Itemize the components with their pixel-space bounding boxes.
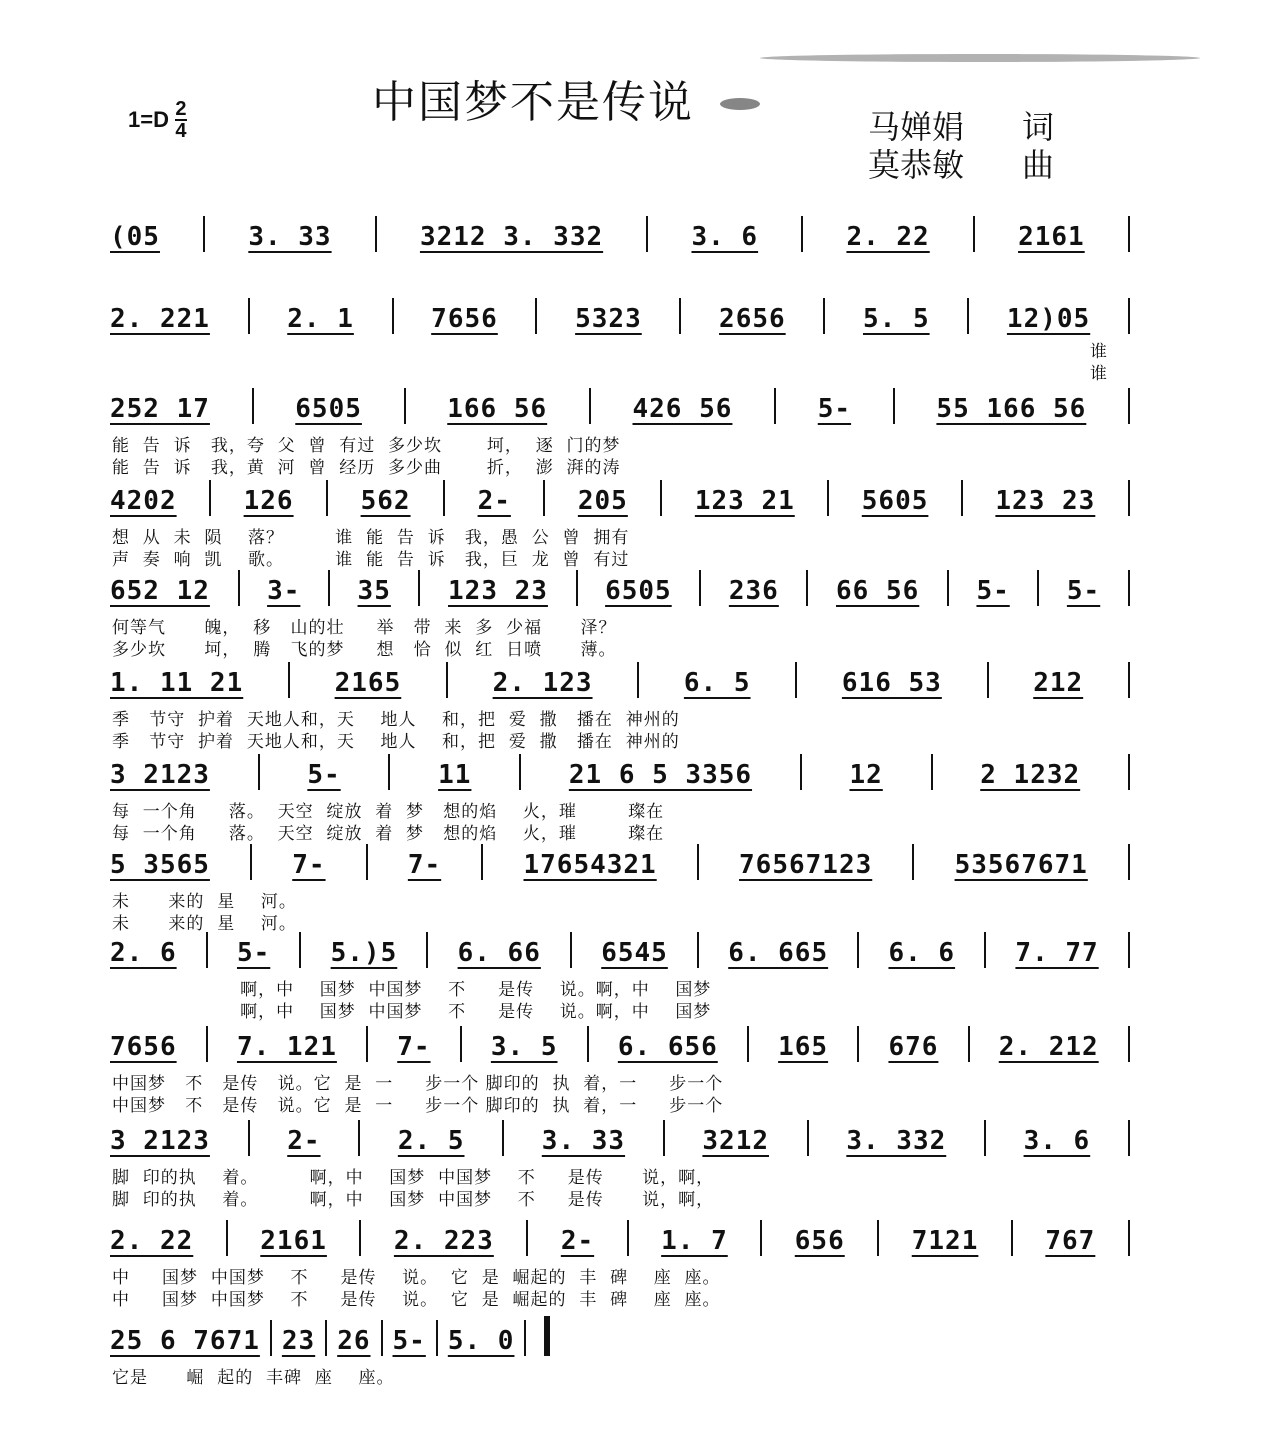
barline: [1128, 298, 1130, 334]
barline: [209, 480, 211, 516]
measure: 5-: [307, 760, 340, 790]
measure: 676: [888, 1032, 938, 1062]
measure: 26: [337, 1326, 370, 1356]
measure: 4202: [110, 486, 177, 516]
barline: [699, 570, 701, 606]
barline: [877, 1220, 879, 1256]
lyricist-credit: 马婵娟 词: [868, 108, 1054, 146]
barline: [806, 570, 808, 606]
measure: 25 6 7671: [110, 1326, 260, 1356]
measure: 123 21: [695, 486, 795, 516]
measure: 6. 66: [458, 938, 541, 968]
measure: 212: [1033, 668, 1083, 698]
barline: [570, 932, 572, 968]
barline: [299, 932, 301, 968]
lyric-line: 能 告 诉 我，夸 父 曾 有过 多少坎 坷， 逐 门的梦: [112, 436, 1122, 456]
measure: 2656: [719, 304, 786, 334]
barline: [446, 662, 448, 698]
measure: 2. 5: [398, 1126, 465, 1156]
barline: [627, 1220, 629, 1256]
key-signature: 1=D 2 4: [128, 100, 187, 140]
barline: [206, 1026, 208, 1062]
barline: [206, 932, 208, 968]
barline: [576, 570, 578, 606]
lyric-line: 脚 印的执 着。 啊，中 国梦 中国梦 不 是传 说，啊，: [112, 1168, 1122, 1188]
measure: 6. 656: [618, 1032, 718, 1062]
barline: [947, 570, 949, 606]
measure: 55 166 56: [936, 394, 1086, 424]
lyric-line: 谁: [1090, 364, 1120, 384]
barline: [418, 570, 420, 606]
notation-system: 3 21232-2. 53. 3332123. 3323. 6: [110, 1116, 1140, 1156]
measure: 5. 0: [448, 1326, 515, 1356]
barline: [1128, 216, 1130, 252]
barline: [270, 1320, 272, 1356]
barline: [375, 216, 377, 252]
lyric-line: 多少坎 坷， 腾 飞的梦 想 恰 似 红 日喷 薄。: [112, 640, 1122, 660]
measure: 165: [778, 1032, 828, 1062]
lyric-line: 未 来的 星 河。: [112, 892, 1122, 912]
measure: 5-: [976, 576, 1009, 606]
measure: 767: [1045, 1226, 1095, 1256]
scan-smudge: [720, 98, 760, 110]
measure: 12)05: [1007, 304, 1090, 334]
measure: 3. 6: [1024, 1126, 1091, 1156]
measure: 5. 5: [863, 304, 930, 334]
barline: [543, 480, 545, 516]
measure: 5-: [818, 394, 851, 424]
notation-system: 252 176505166 56426 565-55 166 56: [110, 384, 1140, 424]
measure: 2-: [287, 1126, 320, 1156]
measure: 2. 6: [110, 938, 177, 968]
measure: 35: [358, 576, 391, 606]
lyric-line: 季 节守 护着 天地人和，天 地人 和，把 爱 撒 播在 神州的: [112, 710, 1122, 730]
barline: [436, 1320, 438, 1356]
lyric-line: 脚 印的执 着。 啊，中 国梦 中国梦 不 是传 说，啊，: [112, 1190, 1122, 1210]
key-label: 1=D: [128, 107, 169, 133]
barline: [388, 754, 390, 790]
measure: 11: [438, 760, 471, 790]
notation-system: 3 21235-1121 6 5 3356122 1232: [110, 750, 1140, 790]
measure: 12: [849, 760, 882, 790]
measure: 123 23: [448, 576, 548, 606]
barline: [961, 480, 963, 516]
measure: 166 56: [447, 394, 547, 424]
measure: 2-: [561, 1226, 594, 1256]
measure: 6505: [295, 394, 362, 424]
barline: [226, 1220, 228, 1256]
barline: [1037, 570, 1039, 606]
measure: 2. 22: [846, 222, 929, 252]
barline: [359, 1220, 361, 1256]
measure: 6505: [605, 576, 672, 606]
barline: [460, 1026, 462, 1062]
measure: 5-: [237, 938, 270, 968]
barline: [973, 216, 975, 252]
barline: [392, 298, 394, 334]
barline: [248, 298, 250, 334]
barline: [931, 754, 933, 790]
measure: 2 1232: [980, 760, 1080, 790]
barline: [358, 1120, 360, 1156]
final-barline: [544, 1316, 550, 1356]
notation-system: 25 6 767123265-5. 0: [110, 1316, 1140, 1356]
barline: [984, 932, 986, 968]
credits: 马婵娟 词 莫恭敏 曲: [868, 108, 1054, 184]
barline: [660, 480, 662, 516]
barline: [967, 298, 969, 334]
notation-system: 5 35657-7-176543217656712353567671: [110, 840, 1140, 880]
measure: 562: [361, 486, 411, 516]
barline: [968, 1026, 970, 1062]
measure: 7. 121: [237, 1032, 337, 1062]
barline: [646, 216, 648, 252]
barline: [252, 388, 254, 424]
notation-system: 42021265622-205123 215605123 23: [110, 476, 1140, 516]
song-title: 中国梦不是传说: [372, 66, 694, 130]
barline: [1128, 570, 1130, 606]
measure: 7-: [292, 850, 325, 880]
measure: 21 6 5 3356: [569, 760, 752, 790]
barline: [637, 662, 639, 698]
time-signature: 2 4: [175, 100, 187, 140]
barline: [325, 1320, 327, 1356]
measure: 236: [729, 576, 779, 606]
measure: 2165: [335, 668, 402, 698]
barline: [912, 844, 914, 880]
barline: [1128, 1120, 1130, 1156]
lyric-line: 啊，中 国梦 中国梦 不 是传 说。啊，中 国梦: [112, 1002, 1122, 1022]
measure: 17654321: [523, 850, 656, 880]
barline: [481, 844, 483, 880]
barline: [587, 1026, 589, 1062]
lyric-line: 中国梦 不 是传 说。它 是 一 步一个 脚印的 执 着，一 步一个: [112, 1074, 1122, 1094]
measure: 3-: [267, 576, 300, 606]
barline: [328, 570, 330, 606]
lyric-line: 季 节守 护着 天地人和，天 地人 和，把 爱 撒 播在 神州的: [112, 732, 1122, 752]
measure: 23: [282, 1326, 315, 1356]
measure: 1. 7: [661, 1226, 728, 1256]
barline: [248, 1120, 250, 1156]
barline: [857, 932, 859, 968]
barline: [801, 216, 803, 252]
barline: [404, 388, 406, 424]
notation-system: 2. 65-5.)56. 6665456. 6656. 67. 77: [110, 928, 1140, 968]
measure: 126: [244, 486, 294, 516]
measure: 7-: [397, 1032, 430, 1062]
barline: [795, 662, 797, 698]
measure: 252 17: [110, 394, 210, 424]
measure: 6. 665: [728, 938, 828, 968]
notation-system: 1. 11 2121652. 1236. 5616 53212: [110, 658, 1140, 698]
barline: [827, 480, 829, 516]
barline: [800, 754, 802, 790]
measure: 7656: [110, 1032, 177, 1062]
measure: 5-: [1067, 576, 1100, 606]
barline: [984, 1120, 986, 1156]
measure: 3 2123: [110, 760, 210, 790]
lyric-line: 何等气 魄， 移 山的壮 举 带 来 多 少福 泽？: [112, 618, 1122, 638]
measure: 3 2123: [110, 1126, 210, 1156]
measure: 7121: [912, 1226, 979, 1256]
lyric-line: 中 国梦 中国梦 不 是传 说。 它 是 崛起的 丰 碑 座 座。: [112, 1290, 1122, 1310]
barline: [760, 1220, 762, 1256]
barline: [747, 1026, 749, 1062]
barline: [535, 298, 537, 334]
lyric-line: 它是 崛 起的 丰碑 座 座。: [112, 1368, 1122, 1388]
measure: 3212 3. 332: [420, 222, 603, 252]
barline: [1128, 754, 1130, 790]
measure: 53567671: [955, 850, 1088, 880]
measure: 3212: [702, 1126, 769, 1156]
barline: [258, 754, 260, 790]
barline: [1128, 844, 1130, 880]
measure: 616 53: [842, 668, 942, 698]
measure: 5-: [393, 1326, 426, 1356]
measure: 3. 332: [846, 1126, 946, 1156]
notation-system: 2. 2212. 17656532326565. 512)05: [110, 294, 1140, 334]
measure: 2. 212: [999, 1032, 1099, 1062]
measure: 6. 6: [888, 938, 955, 968]
measure: 3. 33: [542, 1126, 625, 1156]
measure: 6. 5: [684, 668, 751, 698]
barline: [426, 932, 428, 968]
measure: 7656: [431, 304, 498, 334]
barline: [823, 298, 825, 334]
measure: 2-: [478, 486, 511, 516]
barline: [987, 662, 989, 698]
barline: [807, 1120, 809, 1156]
lyric-line: 啊，中 国梦 中国梦 不 是传 说。啊，中 国梦: [112, 980, 1122, 1000]
barline: [526, 1220, 528, 1256]
barline: [203, 216, 205, 252]
measure: 123 23: [995, 486, 1095, 516]
lyric-line: 每 一个角 落。 天空 绽放 着 梦 想的焰 火，璀 璨在: [112, 802, 1122, 822]
measure: 5605: [862, 486, 929, 516]
barline: [1128, 662, 1130, 698]
measure: 76567123: [739, 850, 872, 880]
barline: [366, 1026, 368, 1062]
measure: 2. 22: [110, 1226, 193, 1256]
barline: [519, 754, 521, 790]
barline: [1011, 1220, 1013, 1256]
composer-credit: 莫恭敏 曲: [868, 146, 1054, 184]
barline: [697, 844, 699, 880]
lyric-line: 想 从 未 陨 落？ 谁 能 告 诉 我，愚 公 曾 拥有: [112, 528, 1122, 548]
measure: 2. 1: [287, 304, 354, 334]
measure: 652 12: [110, 576, 210, 606]
lyric-line: 能 告 诉 我，黄 河 曾 经历 多少曲 折， 澎 湃的涛: [112, 458, 1122, 478]
barline: [663, 1120, 665, 1156]
measure: 656: [795, 1226, 845, 1256]
measure: 205: [578, 486, 628, 516]
measure: 2. 221: [110, 304, 210, 334]
barline: [1128, 1220, 1130, 1256]
barline: [857, 1026, 859, 1062]
barline: [697, 932, 699, 968]
barline: [524, 1320, 526, 1356]
measure: 3. 6: [691, 222, 758, 252]
measure: 6545: [601, 938, 668, 968]
measure: 426 56: [633, 394, 733, 424]
measure: 5.)5: [331, 938, 398, 968]
barline: [1128, 388, 1130, 424]
barline: [893, 388, 895, 424]
barline: [589, 388, 591, 424]
barline: [238, 570, 240, 606]
barline: [1128, 932, 1130, 968]
lyric-line: 中国梦 不 是传 说。它 是 一 步一个 脚印的 执 着，一 步一个: [112, 1096, 1122, 1116]
notation-system: 652 123-35123 23650523666 565-5-: [110, 566, 1140, 606]
measure: 2. 123: [493, 668, 593, 698]
measure: 5 3565: [110, 850, 210, 880]
notation-system: 76567. 1217-3. 56. 6561656762. 212: [110, 1022, 1140, 1062]
lyric-line: 谁: [1090, 342, 1120, 362]
lyric-line: 中 国梦 中国梦 不 是传 说。 它 是 崛起的 丰 碑 座 座。: [112, 1268, 1122, 1288]
barline: [1128, 1026, 1130, 1062]
barline: [443, 480, 445, 516]
measure: 5323: [575, 304, 642, 334]
barline: [326, 480, 328, 516]
barline: [1128, 480, 1130, 516]
notation-system: (053. 333212 3. 3323. 62. 222161: [110, 212, 1140, 252]
notation-system: 2. 2221612. 2232-1. 76567121767: [110, 1216, 1140, 1256]
barline: [679, 298, 681, 334]
barline: [502, 1120, 504, 1156]
measure: 7. 77: [1015, 938, 1098, 968]
barline: [250, 844, 252, 880]
barline: [381, 1320, 383, 1356]
measure: 7-: [408, 850, 441, 880]
scan-smudge: [760, 54, 1200, 62]
barline: [366, 844, 368, 880]
measure: 2161: [1018, 222, 1085, 252]
measure: 3. 5: [491, 1032, 558, 1062]
measure: 2161: [260, 1226, 327, 1256]
measure: (05: [110, 222, 160, 252]
barline: [288, 662, 290, 698]
measure: 3. 33: [248, 222, 331, 252]
barline: [774, 388, 776, 424]
measure: 2. 223: [394, 1226, 494, 1256]
measure: 1. 11 21: [110, 668, 243, 698]
measure: 66 56: [836, 576, 919, 606]
